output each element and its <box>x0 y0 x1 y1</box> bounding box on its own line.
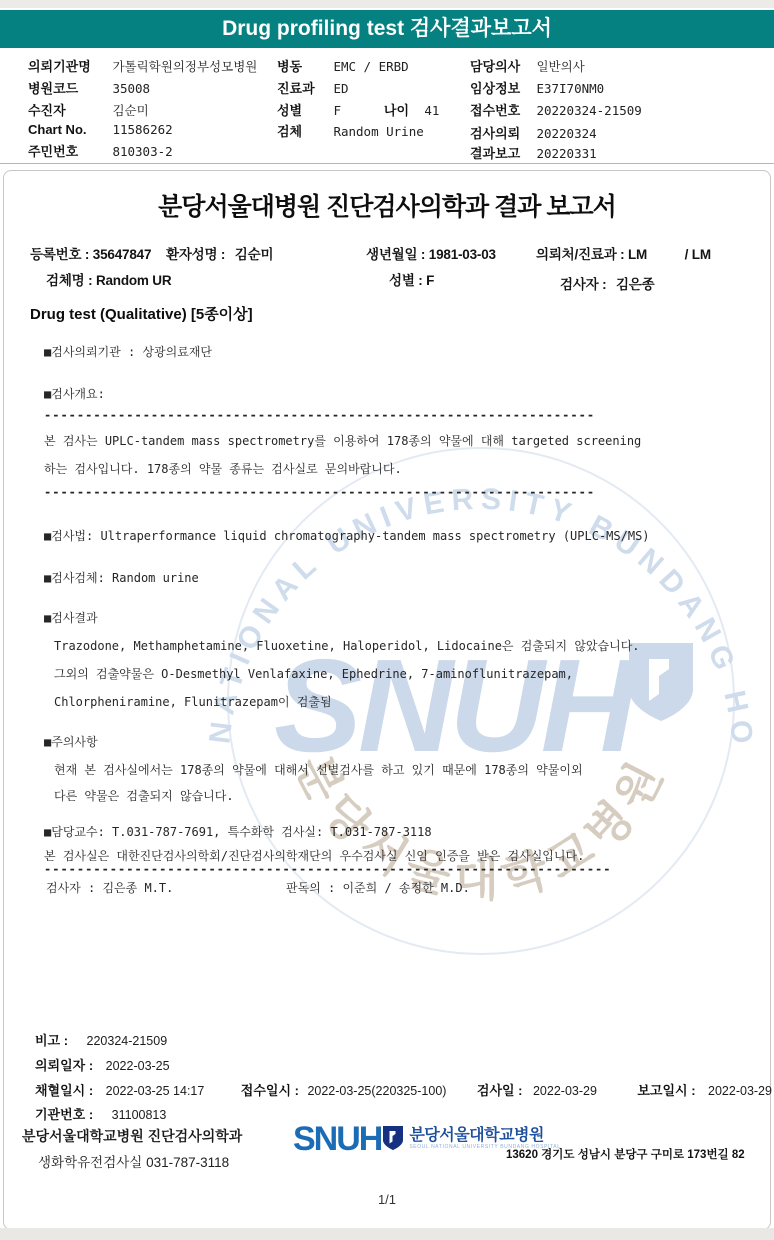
field-value: 2022-03-29 17:47 <box>708 1084 774 1098</box>
caution-heading: ■주의사항 <box>44 733 98 750</box>
field-label: 검사의뢰 <box>470 123 532 142</box>
field-label: 비고 : <box>35 1033 68 1048</box>
overview-heading: ■검사개요: <box>44 385 105 402</box>
field-label: 의뢰일자 : <box>35 1058 93 1073</box>
department-name: 분당서울대학교병원 진단검사의학과 <box>22 1126 242 1146</box>
field-label: 담당의사 <box>470 56 532 75</box>
dashed-rule: ----------------------------------------… <box>44 408 596 422</box>
field-label: 주민번호 <box>28 141 108 160</box>
field-value: 김순미 <box>235 247 274 262</box>
page-bottom-edge <box>0 1228 774 1240</box>
patient-field: 성별 : F <box>389 269 434 289</box>
patient-field: 생년월일 : 1981-03-03 <box>366 243 496 263</box>
field-value: 2022-03-25 <box>106 1059 170 1073</box>
result-heading: ■검사결과 <box>44 609 98 626</box>
request-row: 의뢰기관명 가톨릭학원의정부성모병원 <box>28 56 257 76</box>
field-value: Random Urine <box>333 124 423 139</box>
field-value: 김은종 <box>616 277 655 292</box>
agency-line: ■검사의뢰기관 : 상광의료재단 <box>44 343 212 360</box>
result-text-line: Chlorpheniramine, Flunitrazepam이 검출됨 <box>54 693 332 710</box>
section-divider <box>0 163 774 164</box>
hospital-name: 분당서울대학교병원 <box>409 1127 560 1144</box>
field-label: 임상정보 <box>470 78 532 97</box>
specimen-line: ■검사검체: Random urine <box>44 569 199 586</box>
request-row: 임상정보 E37I70NM0 <box>470 78 604 98</box>
field-value: F <box>333 103 379 118</box>
patient-field: 검사자 : 김은종 <box>560 273 654 293</box>
request-row: 검사의뢰 20220324 <box>470 123 597 143</box>
request-row: Chart No. 11586262 <box>28 121 173 139</box>
field-label: 접수일시 : <box>241 1083 299 1098</box>
field-label: 의뢰처/진료과 : <box>536 247 624 262</box>
field-label: 병원코드 <box>28 78 108 97</box>
field-label: 수진자 <box>28 100 108 119</box>
field-label: 성별 <box>277 100 329 119</box>
result-text-line: 그외의 검출약물은 O-Desmethyl Venlafaxine, Ephed… <box>54 665 573 682</box>
method-line: ■검사법: Ultraperformance liquid chromatogr… <box>44 527 650 544</box>
patient-field: 환자성명 : 김순미 <box>166 243 273 263</box>
field-value: / LM <box>685 247 711 262</box>
field-value: 20220324 <box>536 126 596 141</box>
report-title: 분당서울대병원 진단검사의학과 결과 보고서 <box>4 187 770 223</box>
field-label: 환자성명 : <box>166 247 225 262</box>
field-label: 나이 <box>384 100 420 119</box>
field-label: Chart No. <box>28 122 108 137</box>
test-name-heading: Drug test (Qualitative) [5종이상] <box>30 303 253 324</box>
field-value: 1981-03-03 <box>429 247 496 262</box>
request-row: 접수번호 20220324-21509 <box>470 100 642 120</box>
field-value: F <box>426 273 434 288</box>
patient-field: 의뢰처/진료과 : LM / LM <box>536 243 711 263</box>
field-value: 31100813 <box>112 1108 167 1122</box>
field-value: 35008 <box>112 81 150 96</box>
field-value: 일반의사 <box>536 59 584 74</box>
field-value: 220324-21509 <box>87 1034 168 1048</box>
field-label: 채혈일시 : <box>35 1083 93 1098</box>
field-value: 2022-03-29 <box>533 1084 597 1098</box>
field-label: 검체 <box>277 121 329 140</box>
reviewer-signature: 판독의 : 이준희 / 송정한 M.D. <box>286 879 470 896</box>
request-row: 병원코드 35008 <box>28 78 150 98</box>
request-row: 병동 EMC / ERBD <box>277 56 409 76</box>
field-label: 진료과 <box>277 78 329 97</box>
field-label: 병동 <box>277 56 329 75</box>
overview-text-line: 하는 검사입니다. 178종의 약물 종류는 검사실로 문의바랍니다. <box>44 460 402 477</box>
field-value: ED <box>333 81 348 96</box>
overview-text-line: 본 검사는 UPLC-tandem mass spectrometry를 이용하… <box>44 432 641 449</box>
field-value: 11586262 <box>112 122 172 137</box>
field-value: 김순미 <box>112 103 148 118</box>
snuh-logo-text: SNUH <box>293 1122 381 1156</box>
field-value: LM <box>628 247 647 262</box>
field-value: 20220331 <box>536 146 596 161</box>
result-text-line: Trazodone, Methamphetamine, Fluoxetine, … <box>54 637 640 654</box>
contact-line: ■담당교수: T.031-787-7691, 특수화학 검사실: T.031-7… <box>44 823 432 840</box>
field-label: 검사자 : <box>560 277 606 292</box>
field-value: EMC / ERBD <box>333 59 408 74</box>
field-value: E37I70NM0 <box>536 81 604 96</box>
field-value: 35647847 <box>93 247 151 262</box>
field-label: 의뢰기관명 <box>28 56 108 75</box>
field-value: Random UR <box>96 273 171 288</box>
request-row: 수진자 김순미 <box>28 100 149 120</box>
field-value: 2022-03-25 14:17 <box>106 1084 205 1098</box>
footer-row: 의뢰일자 : 2022-03-25 <box>35 1055 170 1075</box>
lab-phone-line: 생화학유전검사실 031-787-3118 <box>38 1151 229 1171</box>
field-label: 생년월일 : <box>366 247 425 262</box>
footer-row: 비고 : 220324-21509 <box>35 1030 167 1050</box>
examiner-signature: 검사자 : 김은종 M.T. <box>46 879 173 896</box>
footer-row: 기관번호 : 31100813 <box>35 1104 166 1124</box>
request-row: 담당의사 일반의사 <box>470 56 585 76</box>
field-value: 41 <box>424 103 439 118</box>
page-number: 1/1 <box>0 1192 774 1207</box>
dashed-rule: ----------------------------------------… <box>44 485 596 499</box>
field-label: 성별 : <box>389 273 423 288</box>
page-top-edge <box>0 0 774 8</box>
watermark-shield-icon <box>629 643 693 721</box>
request-row: 성별 F 나이 41 <box>277 100 439 120</box>
field-label: 기관번호 : <box>35 1107 93 1122</box>
request-row: 결과보고 20220331 <box>470 143 597 163</box>
field-value: 20220324-21509 <box>536 103 641 118</box>
report-header-bar: Drug profiling test 검사결과보고서 <box>0 10 774 48</box>
caution-text-line: 현재 본 검사실에서는 178종의 약물에 대해서 선별검사를 하고 있기 때문… <box>54 761 583 778</box>
field-value: 가톨릭학원의정부성모병원 <box>112 59 257 74</box>
dashed-rule: ----------------------------------------… <box>44 862 612 876</box>
request-row: 진료과 ED <box>277 78 349 98</box>
report-header-title: Drug profiling test 검사결과보고서 <box>0 10 774 48</box>
field-label: 접수번호 <box>470 100 532 119</box>
field-value: 2022-03-25(220325-100) <box>307 1084 446 1098</box>
field-label: 등록번호 : <box>30 247 89 262</box>
snuh-shield-icon <box>383 1124 403 1150</box>
request-row: 검체 Random Urine <box>277 121 424 141</box>
field-label: 검체명 : <box>46 273 92 288</box>
field-label: 보고일시 : <box>637 1083 695 1098</box>
footer-row: 채혈일시 : 2022-03-25 14:17 접수일시 : 2022-03-2… <box>35 1080 774 1100</box>
lab-report-page: Drug profiling test 검사결과보고서 의뢰기관명 가톨릭학원의… <box>0 0 774 1240</box>
field-label: 결과보고 <box>470 143 532 162</box>
field-value: 810303-2 <box>112 144 172 159</box>
patient-field: 등록번호 : 35647847 <box>30 243 151 263</box>
patient-field: 검체명 : Random UR <box>46 269 171 289</box>
request-row: 주민번호 810303-2 <box>28 141 173 161</box>
field-label: 검사일 : <box>477 1083 523 1098</box>
hospital-address: 13620 경기도 성남시 분당구 구미로 173번길 82 <box>506 1146 745 1162</box>
caution-text-line: 다른 약물은 검출되지 않습니다. <box>54 787 234 804</box>
